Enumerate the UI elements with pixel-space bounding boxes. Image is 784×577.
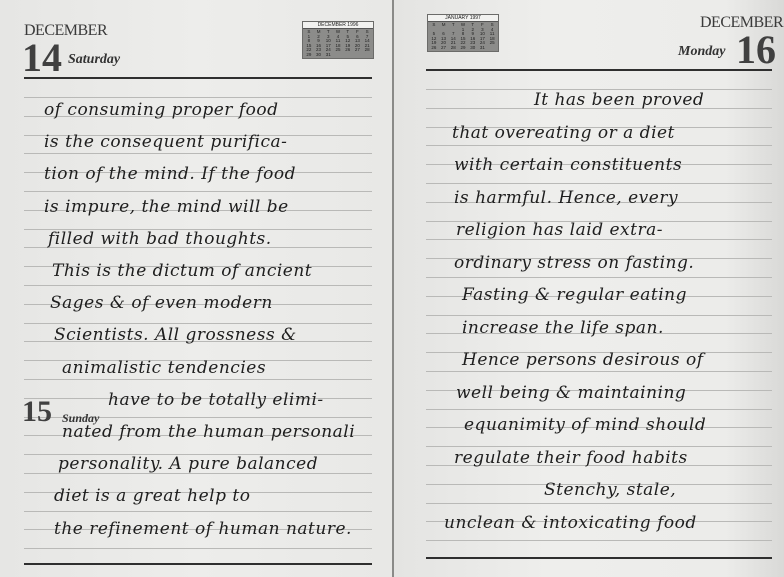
handwritten-line: increase the life span. — [462, 318, 664, 338]
handwritten-line: unclean & intoxicating food — [444, 513, 697, 533]
handwritten-line: well being & maintaining — [456, 383, 686, 403]
handwritten-line: is impure, the mind will be — [44, 197, 289, 217]
handwritten-line: regulate their food habits — [454, 448, 688, 468]
calendar-cell: 29 — [458, 46, 468, 51]
ruled-line — [24, 323, 372, 324]
day-name: Saturday — [68, 52, 120, 68]
right-diary-page: JANUARY 1997 SMTWTFS12345678910111213141… — [394, 0, 784, 577]
handwritten-line: have to be totally elimi- — [108, 390, 324, 410]
calendar-cell: 29 — [304, 53, 314, 58]
ruled-line — [24, 153, 372, 154]
handwritten-line: religion has laid extra- — [456, 220, 663, 240]
calendar-cell: 28 — [448, 46, 458, 51]
calendar-cell — [353, 53, 363, 58]
mini-calendar-december-1996: DECEMBER 1996 SMTWTFS1234567891011121314… — [302, 21, 374, 59]
handwritten-line: nated from the human personali — [62, 422, 355, 442]
handwritten-line: animalistic tendencies — [62, 358, 266, 378]
handwritten-line: Sages & of even modern — [50, 293, 273, 313]
ruled-line — [426, 183, 772, 184]
second-day-number: 15 — [22, 397, 52, 427]
calendar-cell: 26 — [429, 46, 439, 51]
ruled-line — [24, 285, 372, 286]
handwritten-line: Scientists. All grossness & — [54, 325, 297, 345]
left-diary-page: DECEMBER 14 Saturday DECEMBER 1996 SMTWT… — [0, 0, 393, 577]
ruled-line — [24, 379, 372, 380]
ruled-line — [426, 371, 772, 372]
handwritten-line: tion of the mind. If the food — [44, 164, 296, 184]
mini-calendar-grid: SMTWTFS123456789101112131415161718192021… — [303, 29, 373, 58]
ruled-line — [24, 548, 372, 549]
ruled-line — [426, 277, 772, 278]
calendar-cell: 31 — [478, 46, 488, 51]
day-name: Monday — [678, 44, 725, 60]
mini-calendar-grid: SMTWTFS123456789101112131415161718192021… — [428, 22, 498, 51]
ruled-line — [426, 540, 772, 541]
calendar-cell — [487, 46, 497, 51]
handwritten-line: of consuming proper food — [44, 100, 278, 120]
footer-rule — [24, 563, 372, 565]
day-number: 14 — [22, 38, 62, 78]
handwritten-line: It has been proved — [534, 90, 704, 110]
handwritten-line: personality. A pure balanced — [58, 454, 318, 474]
ruled-line — [24, 511, 372, 512]
mini-calendar-title: DECEMBER 1996 — [303, 22, 373, 29]
ruled-line — [426, 503, 772, 504]
handwritten-line: diet is a great help to — [54, 486, 250, 506]
ruled-line — [24, 97, 372, 98]
calendar-cell — [333, 53, 343, 58]
handwritten-line: Stenchy, stale, — [544, 480, 676, 500]
calendar-cell — [362, 53, 372, 58]
handwritten-line: This is the dictum of ancient — [52, 261, 312, 281]
day-number: 16 — [736, 30, 776, 70]
handwritten-line: the refinement of human nature. — [54, 519, 352, 539]
ruled-line — [426, 315, 772, 316]
handwritten-line: that overeating or a diet — [452, 123, 675, 143]
calendar-cell: 27 — [439, 46, 449, 51]
handwritten-line: equanimity of mind should — [464, 415, 706, 435]
ruled-line — [426, 409, 772, 410]
handwritten-line: Fasting & regular eating — [462, 285, 687, 305]
calendar-cell — [343, 53, 353, 58]
header-rule — [426, 69, 772, 71]
handwritten-line: with certain constituents — [454, 155, 682, 175]
calendar-cell: 31 — [323, 53, 333, 58]
calendar-cell: 30 — [468, 46, 478, 51]
handwritten-line: is harmful. Hence, every — [454, 188, 678, 208]
calendar-cell: 30 — [314, 53, 324, 58]
mini-calendar-january-1997: JANUARY 1997 SMTWTFS12345678910111213141… — [427, 14, 499, 52]
mini-calendar-title: JANUARY 1997 — [428, 15, 498, 22]
header-rule — [24, 77, 372, 79]
footer-rule — [426, 557, 772, 559]
handwritten-line: filled with bad thoughts. — [48, 229, 272, 249]
handwritten-line: Hence persons desirous of — [462, 350, 704, 370]
handwritten-line: ordinary stress on fasting. — [454, 253, 694, 273]
ruled-line — [426, 145, 772, 146]
ruled-line — [24, 191, 372, 192]
handwritten-line: is the consequent purifica- — [44, 132, 287, 152]
